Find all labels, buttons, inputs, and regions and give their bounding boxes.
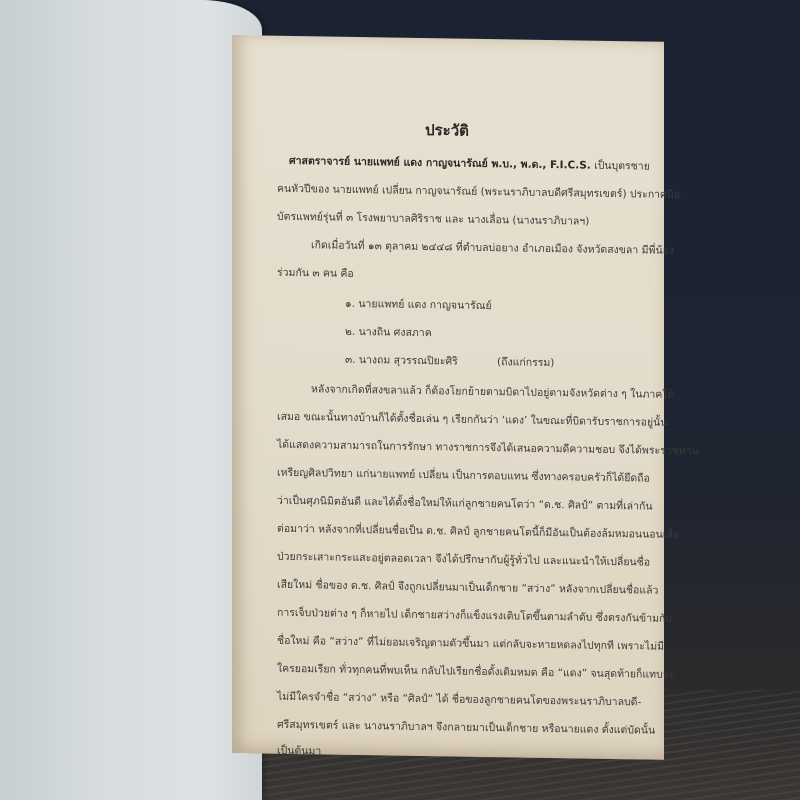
- birth-line-2: ร่วมกัน ๓ คน คือ: [277, 264, 354, 282]
- story-line: ว่าเป็นศุภนิมิตอันดี และได้ตั้งชื่อใหม่ใ…: [277, 492, 653, 515]
- sibling-item: ๒. นางถิน ศงสภาค: [345, 323, 432, 341]
- story-line: เสมอ ขณะนั้นทางบ้านก็ได้ตั้งชื่อเล่น ๆ เ…: [277, 408, 667, 431]
- story-line: ใครยอมเรียก ทั่วทุกคนที่พบเห็น กลับไปเรี…: [277, 660, 675, 683]
- story-line: ศรีสมุทรเขตร์ และ นางนราภิบาลฯ จึงกลายมา…: [277, 716, 655, 739]
- birth-line-1: เกิดเมื่อวันที่ ๑๓ ตุลาคม ๒๔๔๘ ที่ตำบลบ่…: [311, 236, 674, 259]
- story-line: การเจ็บป่วยต่าง ๆ ก็หายไป เด็กชายสว่างก็…: [277, 604, 672, 627]
- story-line: ได้แสดงความสามารถในการรักษา ทางราชการจึง…: [277, 436, 699, 460]
- story-line: เสียใหม่ ชื่อของ ด.ช. ศิลป์ จึงถูกเปลี่ย…: [277, 576, 658, 599]
- page-title: ประวัติ: [402, 118, 492, 143]
- intro-line-2: คนหัวปีของ นายแพทย์ เปลี่ยน กาญจนารัณย์ …: [277, 180, 684, 203]
- intro-line-1-rest: เป็นบุตรชาย: [594, 160, 650, 173]
- story-line: ป่วยกระเสาะกระแสะอยู่ตลอดเวลา จึงได้ปรึก…: [277, 548, 650, 571]
- book-cover-left-page: [0, 0, 262, 800]
- document-page: ประวัติ ศาสตราจารย์ นายแพทย์ แดง กาญจนาร…: [232, 35, 664, 760]
- sibling-item: ๓. นางถม สุวรรณปิยะศิริ: [345, 351, 458, 370]
- sibling-number: ๒.: [345, 326, 355, 338]
- author-name-title: ศาสตราจารย์ นายแพทย์ แดง กาญจนารัณย์ พ.บ…: [289, 155, 591, 172]
- sibling-number: ๑.: [345, 298, 355, 310]
- sibling-number: ๓.: [345, 354, 356, 366]
- story-line: ชื่อใหม่ คือ “สว่าง” ที่ไม่ยอมเจริญตามตั…: [277, 632, 664, 655]
- story-line: เป็นต้นมา: [277, 742, 321, 760]
- story-line: ไม่มีใครจำชื่อ “สว่าง” หรือ “ศิลป์” ได้ …: [277, 688, 641, 711]
- sibling-name: นางถิน ศงสภาค: [359, 326, 432, 339]
- sibling-note: (ถึงแก่กรรม): [497, 353, 554, 371]
- sibling-name: นายแพทย์ แดง กาญจนารัณย์: [358, 298, 491, 312]
- sibling-item: ๑. นายแพทย์ แดง กาญจนารัณย์: [345, 295, 492, 314]
- intro-line-1: ศาสตราจารย์ นายแพทย์ แดง กาญจนารัณย์ พ.บ…: [289, 152, 650, 175]
- story-line: ต่อมาว่า หลังจากที่เปลี่ยนชื่อเป็น ด.ช. …: [277, 520, 679, 543]
- sibling-name: นางถม สุวรรณปิยะศิริ: [359, 354, 458, 368]
- story-line: หลังจากเกิดที่สงขลาแล้ว ก็ต้องโยกย้ายตาม…: [311, 380, 674, 403]
- story-line: เหรียญศิลปวิทยา แก่นายแพทย์ เปลี่ยน เป็น…: [277, 464, 650, 487]
- intro-line-3: บัตรแพทย์รุ่นที่ ๓ โรงพยาบาลศิริราช และ …: [277, 208, 589, 230]
